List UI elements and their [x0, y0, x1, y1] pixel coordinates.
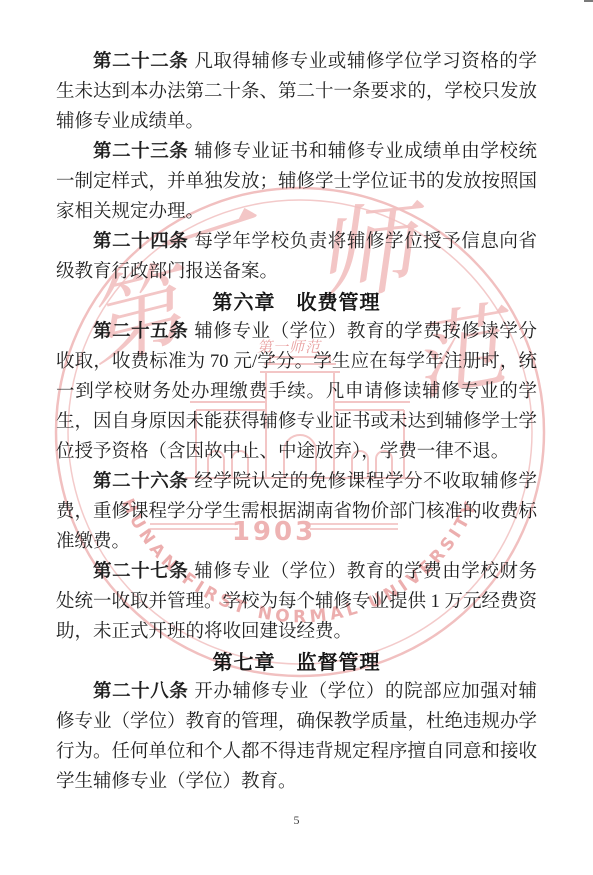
document-content: 第二十二条凡取得辅修专业或辅修学位学习资格的学生未达到本办法第二十条、第二十一条…: [56, 47, 537, 797]
article-paragraph: 第二十八条开办辅修专业（学位）的院部应加强对辅修专业（学位）教育的管理，确保教学…: [56, 677, 537, 797]
article-number: 第二十二条: [93, 52, 188, 72]
document-page: 第 一 师 范 第一师范: [0, 0, 593, 875]
article-number: 第二十三条: [93, 142, 188, 162]
article-number: 第二十四条: [93, 232, 188, 252]
article-text: 辅修专业（学位）教育的学费按修读学分收取，收费标准为 70 元/学分。学生应在每…: [56, 322, 537, 462]
article-number: 第二十六条: [93, 472, 188, 492]
page-number: 5: [0, 813, 593, 828]
article-paragraph: 第二十五条辅修专业（学位）教育的学费按修读学分收取，收费标准为 70 元/学分。…: [56, 317, 537, 467]
article-number: 第二十八条: [93, 682, 188, 702]
article-paragraph: 第二十三条辅修专业证书和辅修专业成绩单由学校统一制定样式，并单独发放；辅修学士学…: [56, 137, 537, 227]
article-paragraph: 第二十六条经学院认定的免修课程学分不收取辅修学费，重修课程学分学生需根据湖南省物…: [56, 467, 537, 557]
scan-artifact: [584, 0, 593, 2]
article-paragraph: 第二十七条辅修专业（学位）教育的学费由学校财务处统一收取并管理。学校为每个辅修专…: [56, 557, 537, 647]
article-paragraph: 第二十四条每学年学校负责将辅修学位授予信息向省级教育行政部门报送备案。: [56, 227, 537, 287]
chapter-heading: 第六章 收费管理: [56, 287, 537, 317]
article-paragraph: 第二十二条凡取得辅修专业或辅修学位学习资格的学生未达到本办法第二十条、第二十一条…: [56, 47, 537, 137]
article-number: 第二十七条: [93, 562, 188, 582]
article-number: 第二十五条: [93, 322, 188, 342]
chapter-heading: 第七章 监督管理: [56, 647, 537, 677]
